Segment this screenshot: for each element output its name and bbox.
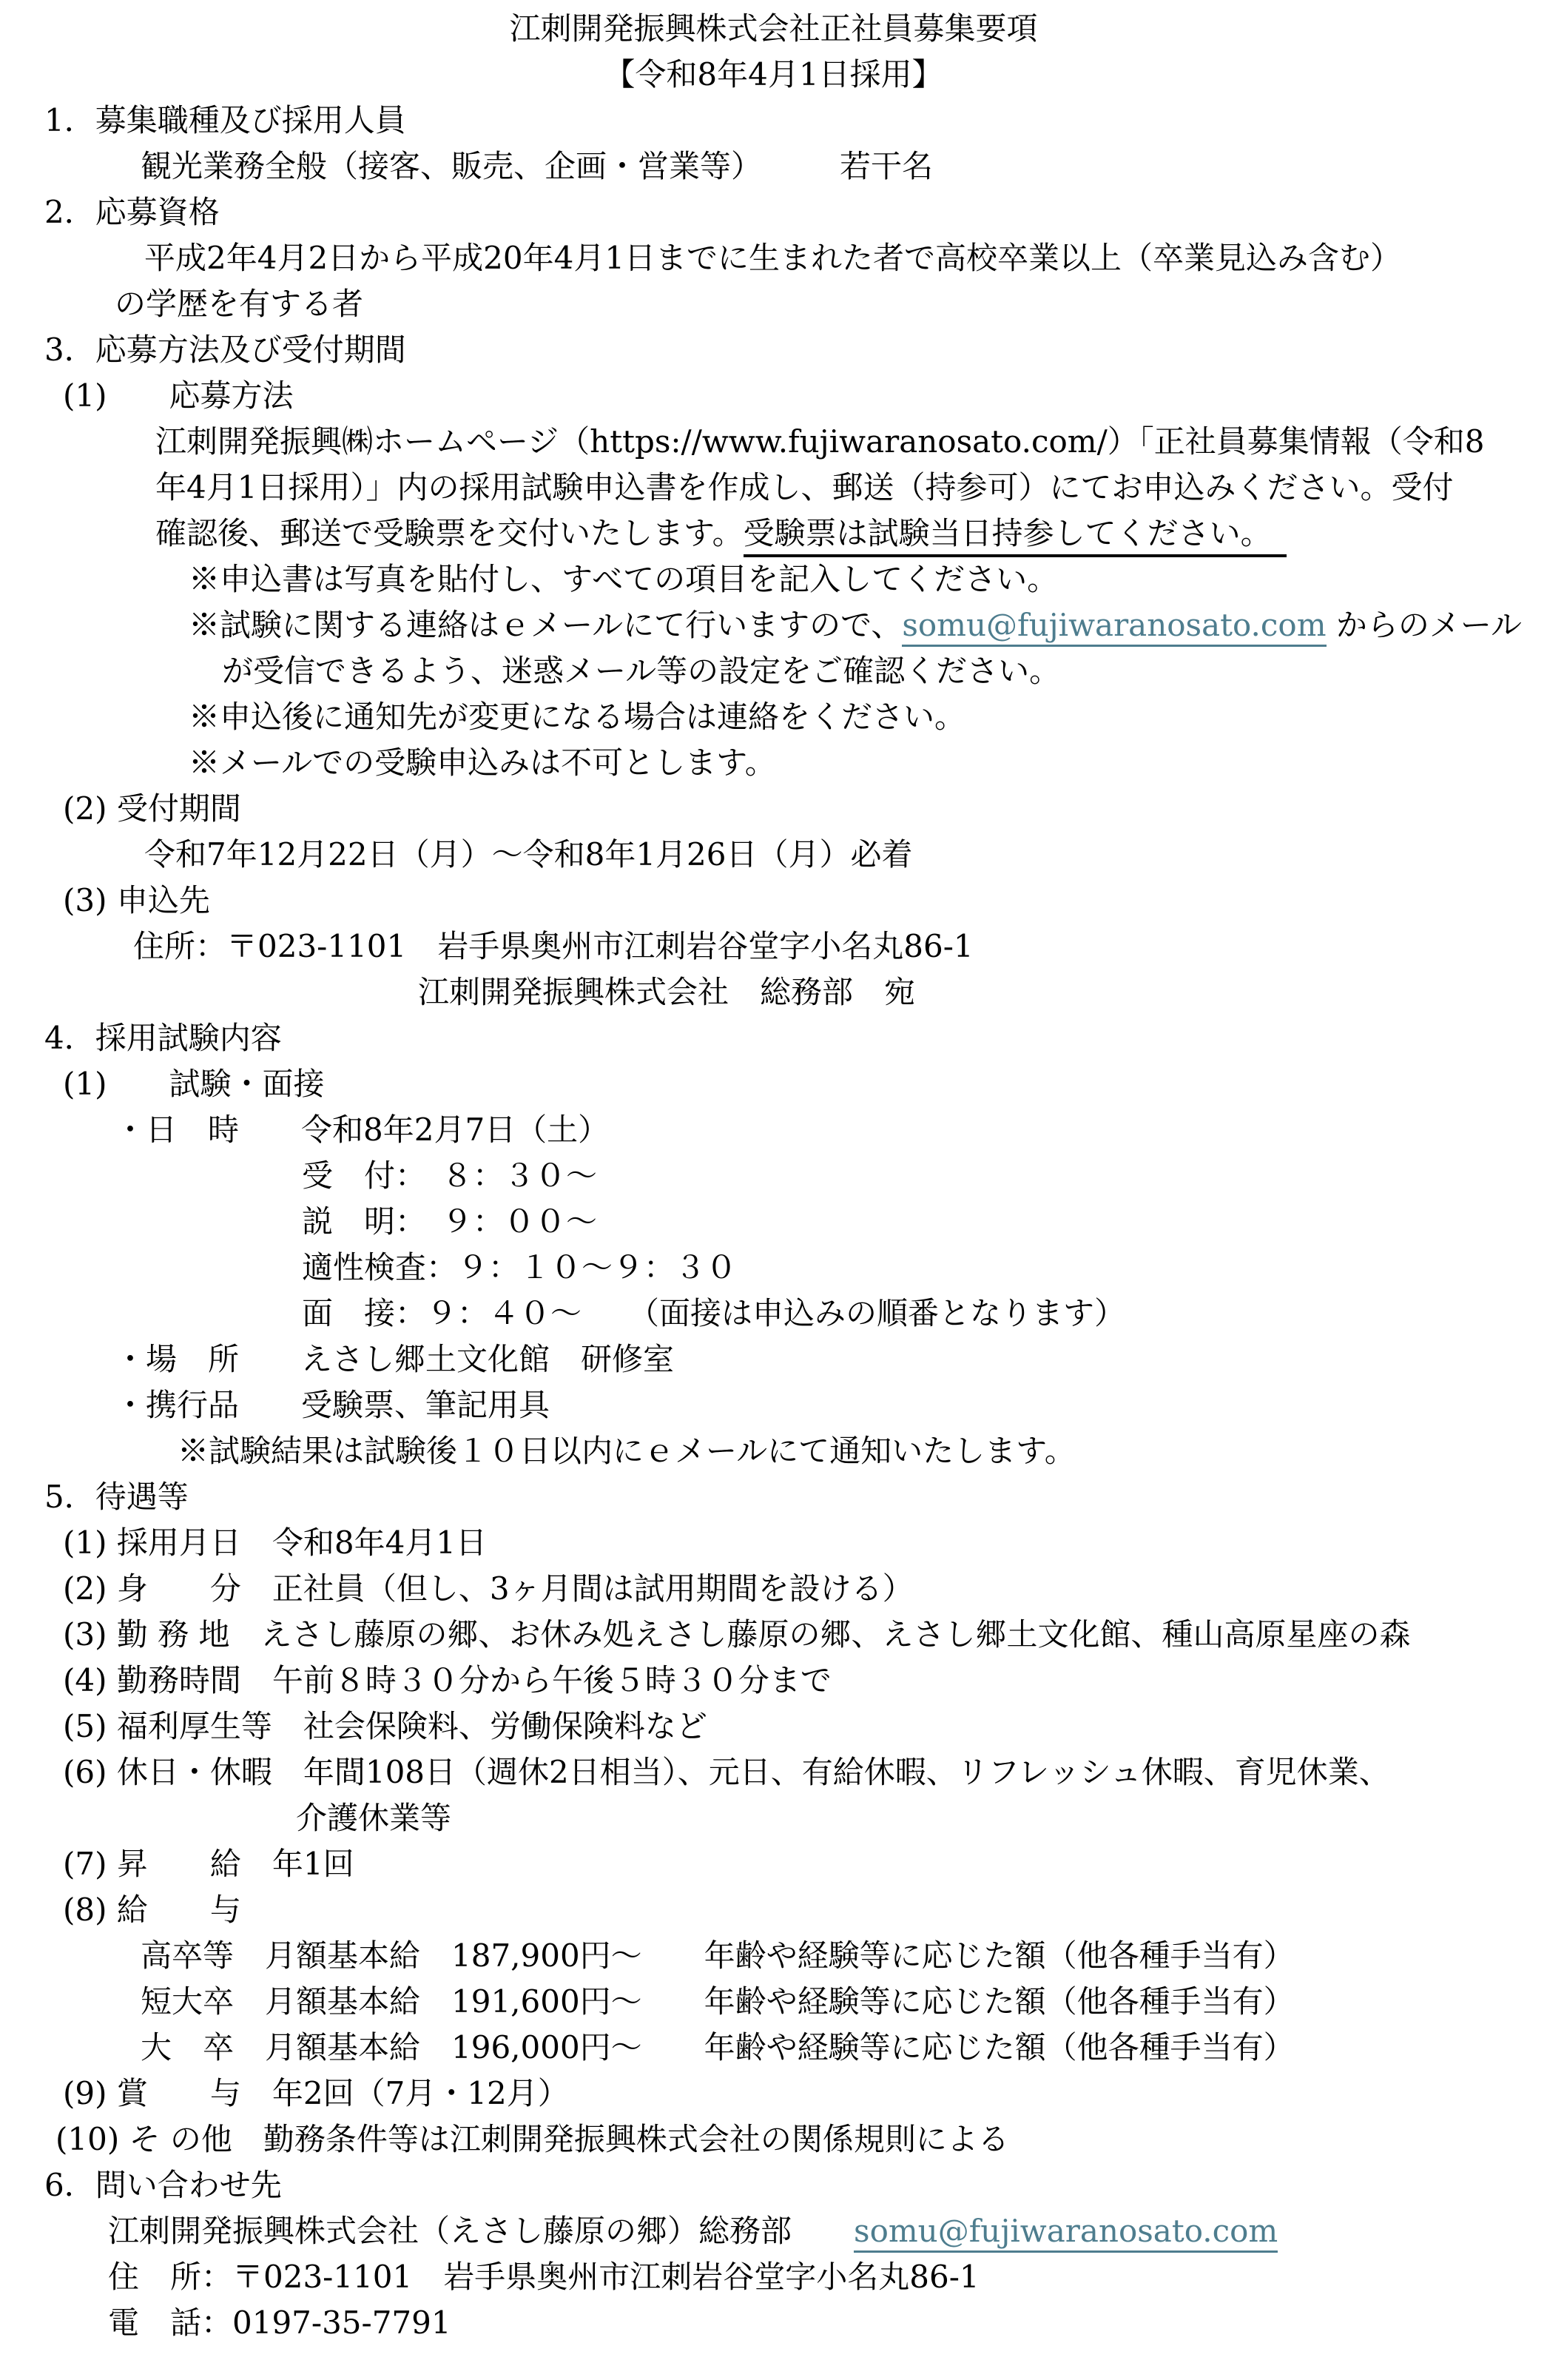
note-email-line-1: ※試験に関する連絡はｅメールにて行いますので、somu@fujiwaranosa…	[189, 602, 1547, 648]
treatment-salary-heading: (8) 給 与	[63, 1887, 1547, 1933]
treatment-status: (2) 身 分 正社員（但し、3ヶ月間は試用期間を設ける）	[63, 1566, 1547, 1612]
text-run: (2) 受付期間	[63, 790, 241, 827]
treatment-hours: (4) 勤務時間 午前８時３０分から午後５時３０分まで	[63, 1658, 1547, 1704]
text-run: 面 接：９：４０～ （面接は申込みの順番となります）	[302, 1295, 1125, 1331]
text-run: (3) 申込先	[63, 882, 210, 918]
text-run: 【令和8年4月1日採用】	[604, 56, 943, 93]
treatment-holidays-line-1: (6) 休日・休暇 年間108日（週休2日相当）、元日、有給休暇、リフレッシュ休…	[63, 1749, 1547, 1795]
exam-date-line: ・日 時 令和8年2月7日（土）	[115, 1107, 1547, 1153]
document-page: 江刺開発振興株式会社正社員募集要項【令和8年4月1日採用】1．募集職種及び採用人…	[0, 0, 1547, 2380]
treatment-other: (10) そ の他 勤務条件等は江刺開発振興株式会社の関係規則による	[55, 2117, 1547, 2162]
section-4-heading: 4．採用試験内容	[44, 1015, 1547, 1061]
application-method-line-2: 年4月1日採用）」内の採用試験申込書を作成し、郵送（持参可）にてお申込みください…	[155, 465, 1547, 511]
exam-place-line: ・場 所 えさし郷土文化館 研修室	[115, 1337, 1547, 1382]
text-run: 6．問い合わせ先	[44, 2167, 282, 2203]
text-run: 住 所：〒023-1101 岩手県奥州市江刺岩谷堂字小名丸86-1	[108, 2259, 980, 2295]
text-run: 1．募集職種及び採用人員	[44, 102, 406, 138]
underlined-text: 受験票は試験当日持参してください。	[744, 515, 1287, 557]
exam-interview-time: 面 接：９：４０～ （面接は申込みの順番となります）	[302, 1291, 1547, 1337]
treatment-hire-date: (1) 採用月日 令和8年4月1日	[63, 1520, 1547, 1566]
text-run: 4．採用試験内容	[44, 1020, 282, 1056]
subsection-3-3-heading: (3) 申込先	[63, 878, 1547, 924]
text-run: (4) 勤務時間 午前８時３０分から午後５時３０分まで	[63, 1662, 832, 1698]
section-5-heading: 5．待遇等	[44, 1474, 1547, 1520]
text-run: 電 話：0197-35-7791	[108, 2305, 451, 2341]
salary-juniorcollege: 短大卒 月額基本給 191,600円～ 年齢や経験等に応じた額（他各種手当有）	[141, 1979, 1547, 2025]
application-address-line-1: 住所：〒023-1101 岩手県奥州市江刺岩谷堂字小名丸86-1	[133, 924, 1547, 969]
salary-university: 大 卒 月額基本給 196,000円～ 年齢や経験等に応じた額（他各種手当有）	[141, 2025, 1547, 2071]
application-method-line-1: 江刺開発振興㈱ホームページ（https://www.fujiwaranosato…	[155, 419, 1547, 465]
text-run: (8) 給 与	[63, 1892, 241, 1928]
note-no-email-application: ※メールでの受験申込みは不可とします。	[189, 740, 1547, 786]
exam-aptitude-time: 適性検査：９：１０～９：３０	[302, 1245, 1547, 1291]
text-run: からのメール	[1327, 607, 1523, 643]
doc-title: 江刺開発振興株式会社正社員募集要項	[0, 6, 1547, 52]
section-3-heading: 3．応募方法及び受付期間	[44, 327, 1547, 373]
job-type-line: 観光業務全般（接客、販売、企画・営業等） 若干名	[141, 144, 1547, 189]
email-link[interactable]: somu@fujiwaranosato.com	[854, 2213, 1278, 2253]
text-run: (10) そ の他 勤務条件等は江刺開発振興株式会社の関係規則による	[55, 2121, 1009, 2157]
contact-address-line: 住 所：〒023-1101 岩手県奥州市江刺岩谷堂字小名丸86-1	[108, 2254, 1547, 2300]
note-photo: ※申込書は写真を貼付し、すべての項目を記入してください。	[189, 557, 1547, 602]
section-6-heading: 6．問い合わせ先	[44, 2162, 1547, 2208]
email-link[interactable]: somu@fujiwaranosato.com	[902, 607, 1326, 647]
application-address-line-2: 江刺開発振興株式会社 総務部 宛	[418, 969, 1547, 1015]
doc-subtitle: 【令和8年4月1日採用】	[0, 52, 1547, 98]
text-run: 介護休業等	[296, 1800, 451, 1836]
treatment-raise: (7) 昇 給 年1回	[63, 1841, 1547, 1887]
text-run: 確認後、郵送で受験票を交付いたします。	[155, 515, 744, 551]
text-run: 江刺開発振興株式会社正社員募集要項	[509, 10, 1037, 47]
text-run: (3) 勤 務 地 えさし藤原の郷、お休み処えさし藤原の郷、えさし郷土文化館、種…	[63, 1616, 1411, 1653]
text-run: (1) 採用月日 令和8年4月1日	[63, 1525, 487, 1561]
text-run: ・携行品 受験票、筆記用具	[115, 1387, 550, 1423]
text-run: (1) 応募方法	[63, 377, 294, 414]
text-run: 住所：〒023-1101 岩手県奥州市江刺岩谷堂字小名丸86-1	[133, 928, 974, 964]
text-run: 平成2年4月2日から平成20年4月1日までに生まれた者で高校卒業以上（卒業見込み…	[144, 240, 1401, 276]
text-run: 説 明： ９：００～	[302, 1203, 597, 1240]
text-run: 5．待遇等	[44, 1479, 189, 1515]
note-address-change: ※申込後に通知先が変更になる場合は連絡をください。	[189, 694, 1547, 740]
contact-phone-line: 電 話：0197-35-7791	[108, 2300, 1547, 2346]
treatment-bonus: (9) 賞 与 年2回（7月・12月）	[63, 2071, 1547, 2117]
text-run: 高卒等 月額基本給 187,900円～ 年齢や経験等に応じた額（他各種手当有）	[141, 1937, 1295, 1974]
treatment-workplace: (3) 勤 務 地 えさし藤原の郷、お休み処えさし藤原の郷、えさし郷土文化館、種…	[63, 1612, 1547, 1658]
text-run: ※申込書は写真を貼付し、すべての項目を記入してください。	[189, 561, 1058, 597]
text-run: 観光業務全般（接客、販売、企画・営業等） 若干名	[141, 148, 933, 184]
treatment-welfare: (5) 福利厚生等 社会保険料、労働保険料など	[63, 1704, 1547, 1749]
text-run: 適性検査：９：１０～９：３０	[302, 1249, 737, 1285]
note-exam-result: ※試験結果は試験後１０日以内にｅメールにて通知いたします。	[178, 1428, 1547, 1474]
text-run: 大 卒 月額基本給 196,000円～ 年齢や経験等に応じた額（他各種手当有）	[141, 2029, 1295, 2065]
text-run: ・日 時 令和8年2月7日（土）	[115, 1112, 609, 1148]
treatment-holidays-line-2: 介護休業等	[296, 1795, 1547, 1841]
text-run: 2．応募資格	[44, 194, 220, 230]
exam-reception-time: 受 付： ８：３０～	[302, 1153, 1547, 1199]
eligibility-line-2: の学歴を有する者	[115, 281, 1547, 327]
text-run: ※試験に関する連絡はｅメールにて行いますので、	[189, 607, 902, 643]
text-run: (2) 身 分 正社員（但し、3ヶ月間は試用期間を設ける）	[63, 1570, 914, 1607]
note-email-line-2: が受信できるよう、迷惑メール等の設定をご確認ください。	[222, 648, 1547, 694]
text-run: ※メールでの受験申込みは不可とします。	[189, 744, 776, 781]
application-method-line-3: 確認後、郵送で受験票を交付いたします。受験票は試験当日持参してください。	[155, 511, 1547, 557]
exam-briefing-time: 説 明： ９：００～	[302, 1199, 1547, 1245]
text-run: 3．応募方法及び受付期間	[44, 332, 406, 368]
text-run: 江刺開発振興㈱ホームページ（https://www.fujiwaranosato…	[155, 423, 1484, 460]
text-run: (7) 昇 給 年1回	[63, 1846, 354, 1882]
text-run: 江刺開発振興株式会社（えさし藤原の郷）総務部	[108, 2213, 854, 2249]
text-run: 令和7年12月22日（月）～令和8年1月26日（月）必着	[144, 836, 913, 873]
section-1-heading: 1．募集職種及び採用人員	[44, 98, 1547, 144]
text-run: ※試験結果は試験後１０日以内にｅメールにて通知いたします。	[178, 1433, 1076, 1469]
text-run: 受 付： ８：３０～	[302, 1157, 597, 1194]
subsection-4-1-heading: (1) 試験・面接	[63, 1061, 1547, 1107]
text-run: (6) 休日・休暇 年間108日（週休2日相当）、元日、有給休暇、リフレッシュ休…	[63, 1754, 1390, 1790]
text-run: (5) 福利厚生等 社会保険料、労働保険料など	[63, 1708, 707, 1744]
text-run: 年4月1日採用）」内の採用試験申込書を作成し、郵送（持参可）にてお申込みください…	[155, 469, 1453, 505]
text-run: の学歴を有する者	[115, 286, 363, 322]
text-run: ・場 所 えさし郷土文化館 研修室	[115, 1341, 674, 1377]
text-run: が受信できるよう、迷惑メール等の設定をご確認ください。	[222, 653, 1060, 689]
salary-highschool: 高卒等 月額基本給 187,900円～ 年齢や経験等に応じた額（他各種手当有）	[141, 1933, 1547, 1979]
subsection-3-1-heading: (1) 応募方法	[63, 373, 1547, 419]
reception-period-line: 令和7年12月22日（月）～令和8年1月26日（月）必着	[144, 832, 1547, 878]
exam-items-line: ・携行品 受験票、筆記用具	[115, 1382, 1547, 1428]
text-run: (1) 試験・面接	[63, 1066, 325, 1102]
text-run: 江刺開発振興株式会社 総務部 宛	[418, 974, 915, 1010]
contact-line-1: 江刺開発振興株式会社（えさし藤原の郷）総務部 somu@fujiwaranosa…	[108, 2208, 1547, 2254]
text-run: (9) 賞 与 年2回（7月・12月）	[63, 2075, 569, 2111]
text-run: 短大卒 月額基本給 191,600円～ 年齢や経験等に応じた額（他各種手当有）	[141, 1983, 1295, 2020]
eligibility-line-1: 平成2年4月2日から平成20年4月1日までに生まれた者で高校卒業以上（卒業見込み…	[144, 235, 1547, 281]
section-2-heading: 2．応募資格	[44, 189, 1547, 235]
subsection-3-2-heading: (2) 受付期間	[63, 786, 1547, 832]
text-run: ※申込後に通知先が変更になる場合は連絡をください。	[189, 699, 965, 735]
